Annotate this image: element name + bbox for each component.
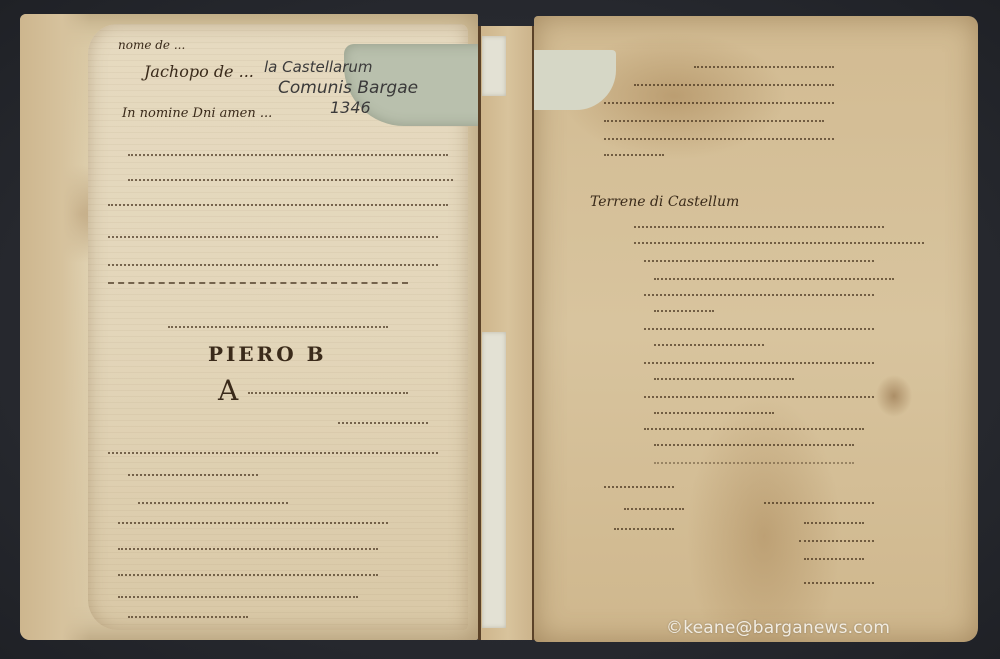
- right-page: Terrene di Castellum: [534, 16, 978, 642]
- text-line: [644, 260, 874, 262]
- text-line: [604, 102, 834, 104]
- large-initials: PIERO B: [208, 342, 327, 366]
- text-line: [168, 326, 388, 328]
- annotation-year: 1346: [330, 98, 371, 117]
- header-scrawl: nome de ...: [118, 38, 185, 52]
- left-inner-leaf: nome de ... Jachopo de ... la Castellaru…: [88, 24, 468, 630]
- text-line: [654, 310, 714, 312]
- name-label: Jachopo de ...: [144, 62, 254, 81]
- text-line: [604, 120, 824, 122]
- text-line: [634, 242, 924, 244]
- signature-line: [624, 508, 684, 510]
- annotation-line2: Comunis Bargae: [278, 78, 418, 98]
- text-line: [128, 616, 248, 618]
- signature-line: [604, 486, 674, 488]
- text-line: [634, 84, 834, 86]
- left-page-outer-edge: [20, 14, 90, 640]
- annotation-line1: la Castellarum: [264, 58, 373, 76]
- text-line: [604, 138, 834, 140]
- text-line: [128, 154, 448, 156]
- invocation-line: In nomine Dni amen ...: [122, 106, 272, 121]
- decorated-initial: A: [218, 374, 238, 407]
- text-line: [654, 278, 894, 280]
- section-heading: Terrene di Castellum: [590, 194, 739, 210]
- signature-line: [804, 558, 864, 560]
- text-line: [644, 428, 864, 430]
- text-line: [694, 66, 834, 68]
- text-line: [654, 412, 774, 414]
- text-line: [128, 474, 258, 476]
- text-line: [634, 226, 884, 228]
- text-line: [654, 344, 764, 346]
- text-line: [118, 596, 358, 598]
- text-line: [654, 378, 794, 380]
- text-line: [118, 574, 378, 576]
- text-line: [108, 282, 408, 284]
- spine-fold-line: [478, 26, 481, 640]
- text-line: [128, 179, 453, 181]
- spine-patch: [482, 36, 506, 96]
- text-line: [644, 328, 874, 330]
- copyright-watermark: ©keane@barganews.com: [666, 618, 890, 638]
- spine-repair-strip: [482, 332, 506, 628]
- text-line: [138, 502, 288, 504]
- text-line: [644, 396, 874, 398]
- left-page: nome de ... Jachopo de ... la Castellaru…: [20, 14, 478, 640]
- text-line: [118, 522, 388, 524]
- text-line: [108, 204, 448, 206]
- repair-patch-right: [534, 50, 616, 110]
- signature-line: [804, 522, 864, 524]
- text-line: [604, 154, 664, 156]
- signature-line: [804, 582, 874, 584]
- text-line: [108, 452, 438, 454]
- text-line: [654, 462, 854, 464]
- text-line: [108, 236, 438, 238]
- text-line: [118, 548, 378, 550]
- signature-line: [799, 540, 874, 542]
- text-line: [338, 422, 428, 424]
- signature-line: [614, 528, 674, 530]
- text-line: [108, 264, 438, 266]
- signature-line: [764, 502, 874, 504]
- text-line: [644, 294, 874, 296]
- text-line: [248, 392, 408, 394]
- text-line: [654, 444, 854, 446]
- text-line: [644, 362, 874, 364]
